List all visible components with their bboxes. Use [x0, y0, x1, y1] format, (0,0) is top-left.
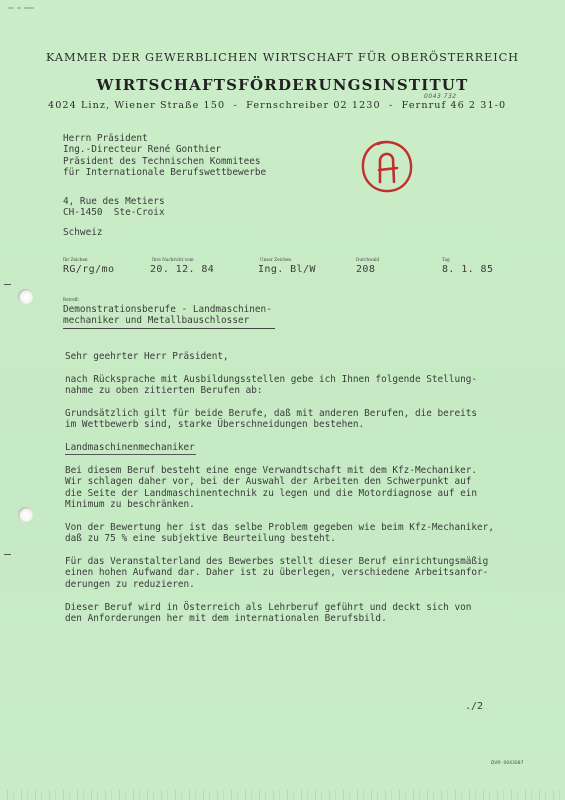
ref-label-tag: Tag	[442, 257, 450, 262]
paragraph-kfz: Bei diesem Beruf besteht eine enge Verwa…	[65, 465, 477, 511]
ref-value-unser-zeichen: Ing. Bl/W	[258, 264, 316, 275]
section-heading-underline	[65, 454, 196, 455]
ref-value-durchwahl: 208	[356, 264, 375, 275]
subject-label: Betreff:	[63, 297, 79, 302]
punch-hole-top	[18, 289, 33, 304]
ref-label-ihr-zeichen: Ihr Zeichen	[63, 257, 88, 262]
salutation: Sehr geehrter Herr Präsident,	[65, 351, 229, 362]
punch-hole-bottom	[18, 507, 33, 522]
archive-code: DVR: 0043087	[491, 760, 524, 765]
subject-underline	[63, 328, 275, 329]
letter-page: KAMMER DER GEWERBLICHEN WIRTSCHAFT FÜR O…	[0, 0, 565, 800]
recipient-address: 4, Rue des Metiers CH-1450 Ste-Croix	[63, 196, 165, 219]
ref-label-ihre-nachricht: Ihre Nachricht vom	[152, 257, 194, 262]
letterhead-organization: KAMMER DER GEWERBLICHEN WIRTSCHAFT FÜR O…	[0, 51, 565, 64]
paragraph-lehrberuf: Dieser Beruf wird in Österreich als Lehr…	[65, 602, 471, 625]
fold-mark-top	[4, 284, 11, 285]
letterhead-institute: WIRTSCHAFTSFÖRDERUNGSINSTITUT	[0, 76, 565, 94]
scan-noise-strip	[0, 790, 565, 800]
subject-text: Demonstrationsberufe - Landmaschinen- me…	[63, 304, 272, 327]
letterhead-contact: 4024 Linz, Wiener Straße 150 - Fernschre…	[48, 100, 506, 111]
paragraph-intro: nach Rücksprache mit Ausbildungsstellen …	[65, 374, 477, 397]
ref-value-ihr-zeichen: RG/rg/mo	[63, 264, 114, 275]
ref-value-ihre-nachricht: 20. 12. 84	[150, 264, 214, 275]
fold-mark-bottom	[4, 554, 11, 555]
ref-value-tag: 8. 1. 85	[442, 264, 493, 275]
paragraph-bewertung: Von der Bewertung her ist das selbe Prob…	[65, 522, 494, 545]
continuation-marker: ./2	[465, 701, 483, 712]
paragraph-general: Grundsätzlich gilt für beide Berufe, daß…	[65, 408, 477, 431]
ref-label-durchwahl: Durchwahl	[356, 257, 379, 262]
scan-artifact	[8, 5, 40, 11]
paragraph-veranstalter: Für das Veranstalterland des Bewerbes st…	[65, 556, 488, 590]
red-circled-a-mark-icon	[358, 137, 416, 195]
recipient-name-block: Herrn Präsident Ing.-Directeur René Gont…	[63, 133, 266, 179]
ref-label-unser-zeichen: Unser Zeichen	[260, 257, 291, 262]
section-heading: Landmaschinenmechaniker	[65, 442, 195, 453]
recipient-country: Schweiz	[63, 227, 103, 238]
handwritten-note: 0043 732	[424, 93, 457, 100]
